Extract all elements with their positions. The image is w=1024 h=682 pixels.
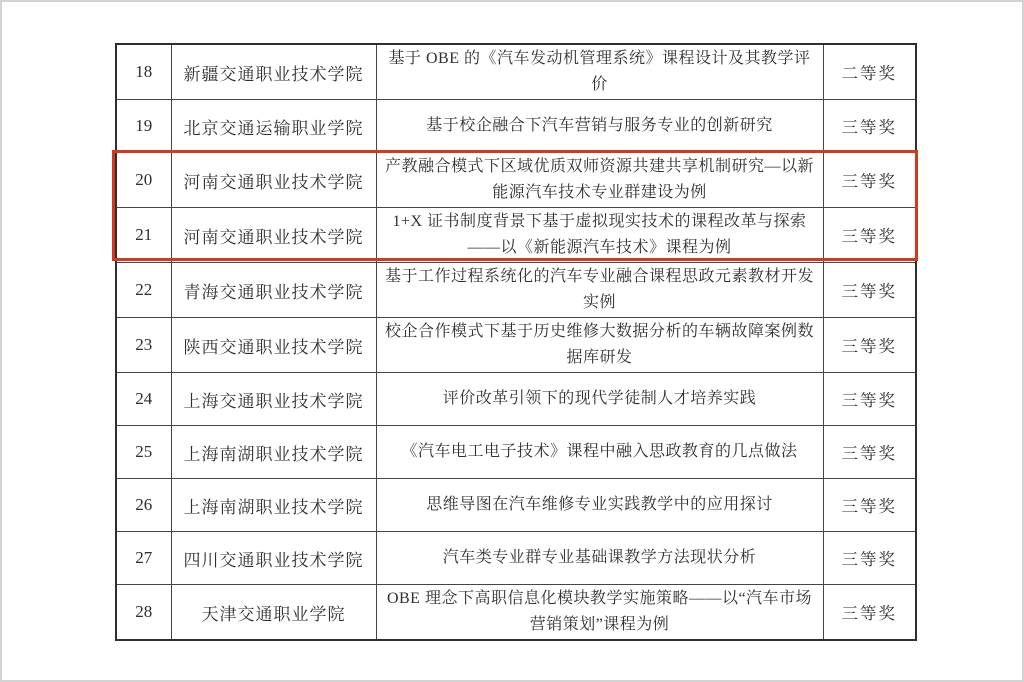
table-row: 27 四川交通职业技术学院 汽车类专业群专业基础课教学方法现状分析 三等奖 <box>116 532 916 585</box>
award-cell: 三等奖 <box>823 208 916 263</box>
title-cell: 汽车类专业群专业基础课教学方法现状分析 <box>376 532 823 585</box>
title-cell: 产教融合模式下区域优质双师资源共建共享机制研究—以新能源汽车技术专业群建设为例 <box>376 153 823 208</box>
institution-cell: 上海南湖职业技术学院 <box>171 479 376 532</box>
institution-cell: 北京交通运输职业学院 <box>171 100 376 153</box>
award-cell: 三等奖 <box>823 532 916 585</box>
title-cell: 基于工作过程系统化的汽车专业融合课程思政元素教材开发实例 <box>376 263 823 318</box>
table-row: 21 河南交通职业技术学院 1+X 证书制度背景下基于虚拟现实技术的课程改革与探… <box>116 208 916 263</box>
award-table-body: 18 新疆交通职业技术学院 基于 OBE 的《汽车发动机管理系统》课程设计及其教… <box>116 44 916 640</box>
award-cell: 三等奖 <box>823 318 916 373</box>
row-number-cell: 19 <box>116 100 171 153</box>
row-number-cell: 28 <box>116 585 171 641</box>
title-cell: 基于校企融合下汽车营销与服务专业的创新研究 <box>376 100 823 153</box>
title-cell: 基于 OBE 的《汽车发动机管理系统》课程设计及其教学评价 <box>376 44 823 100</box>
row-number-cell: 27 <box>116 532 171 585</box>
table-row: 24 上海交通职业技术学院 评价改革引领下的现代学徒制人才培养实践 三等奖 <box>116 373 916 426</box>
institution-cell: 河南交通职业技术学院 <box>171 208 376 263</box>
title-cell: 1+X 证书制度背景下基于虚拟现实技术的课程改革与探索——以《新能源汽车技术》课… <box>376 208 823 263</box>
award-cell: 二等奖 <box>823 44 916 100</box>
institution-cell: 四川交通职业技术学院 <box>171 532 376 585</box>
table-row: 20 河南交通职业技术学院 产教融合模式下区域优质双师资源共建共享机制研究—以新… <box>116 153 916 208</box>
award-cell: 三等奖 <box>823 426 916 479</box>
award-cell: 三等奖 <box>823 153 916 208</box>
row-number-cell: 24 <box>116 373 171 426</box>
row-number-cell: 26 <box>116 479 171 532</box>
table-row: 19 北京交通运输职业学院 基于校企融合下汽车营销与服务专业的创新研究 三等奖 <box>116 100 916 153</box>
title-cell: 《汽车电工电子技术》课程中融入思政教育的几点做法 <box>376 426 823 479</box>
title-cell: 思维导图在汽车维修专业实践教学中的应用探讨 <box>376 479 823 532</box>
row-number-cell: 18 <box>116 44 171 100</box>
award-table: 18 新疆交通职业技术学院 基于 OBE 的《汽车发动机管理系统》课程设计及其教… <box>115 43 917 641</box>
award-cell: 三等奖 <box>823 263 916 318</box>
table-row: 26 上海南湖职业技术学院 思维导图在汽车维修专业实践教学中的应用探讨 三等奖 <box>116 479 916 532</box>
row-number-cell: 22 <box>116 263 171 318</box>
document-page: 18 新疆交通职业技术学院 基于 OBE 的《汽车发动机管理系统》课程设计及其教… <box>0 0 1024 682</box>
row-number-cell: 20 <box>116 153 171 208</box>
table-row: 22 青海交通职业技术学院 基于工作过程系统化的汽车专业融合课程思政元素教材开发… <box>116 263 916 318</box>
institution-cell: 青海交通职业技术学院 <box>171 263 376 318</box>
table-row: 18 新疆交通职业技术学院 基于 OBE 的《汽车发动机管理系统》课程设计及其教… <box>116 44 916 100</box>
title-cell: OBE 理念下高职信息化模块教学实施策略——以“汽车市场营销策划”课程为例 <box>376 585 823 641</box>
institution-cell: 天津交通职业学院 <box>171 585 376 641</box>
institution-cell: 河南交通职业技术学院 <box>171 153 376 208</box>
row-number-cell: 23 <box>116 318 171 373</box>
table-row: 25 上海南湖职业技术学院 《汽车电工电子技术》课程中融入思政教育的几点做法 三… <box>116 426 916 479</box>
table-row: 23 陕西交通职业技术学院 校企合作模式下基于历史维修大数据分析的车辆故障案例数… <box>116 318 916 373</box>
award-cell: 三等奖 <box>823 585 916 641</box>
row-number-cell: 25 <box>116 426 171 479</box>
institution-cell: 新疆交通职业技术学院 <box>171 44 376 100</box>
title-cell: 评价改革引领下的现代学徒制人才培养实践 <box>376 373 823 426</box>
row-number-cell: 21 <box>116 208 171 263</box>
award-cell: 三等奖 <box>823 479 916 532</box>
award-cell: 三等奖 <box>823 373 916 426</box>
table-row: 28 天津交通职业学院 OBE 理念下高职信息化模块教学实施策略——以“汽车市场… <box>116 585 916 641</box>
institution-cell: 上海交通职业技术学院 <box>171 373 376 426</box>
title-cell: 校企合作模式下基于历史维修大数据分析的车辆故障案例数据库研发 <box>376 318 823 373</box>
award-cell: 三等奖 <box>823 100 916 153</box>
institution-cell: 陕西交通职业技术学院 <box>171 318 376 373</box>
institution-cell: 上海南湖职业技术学院 <box>171 426 376 479</box>
